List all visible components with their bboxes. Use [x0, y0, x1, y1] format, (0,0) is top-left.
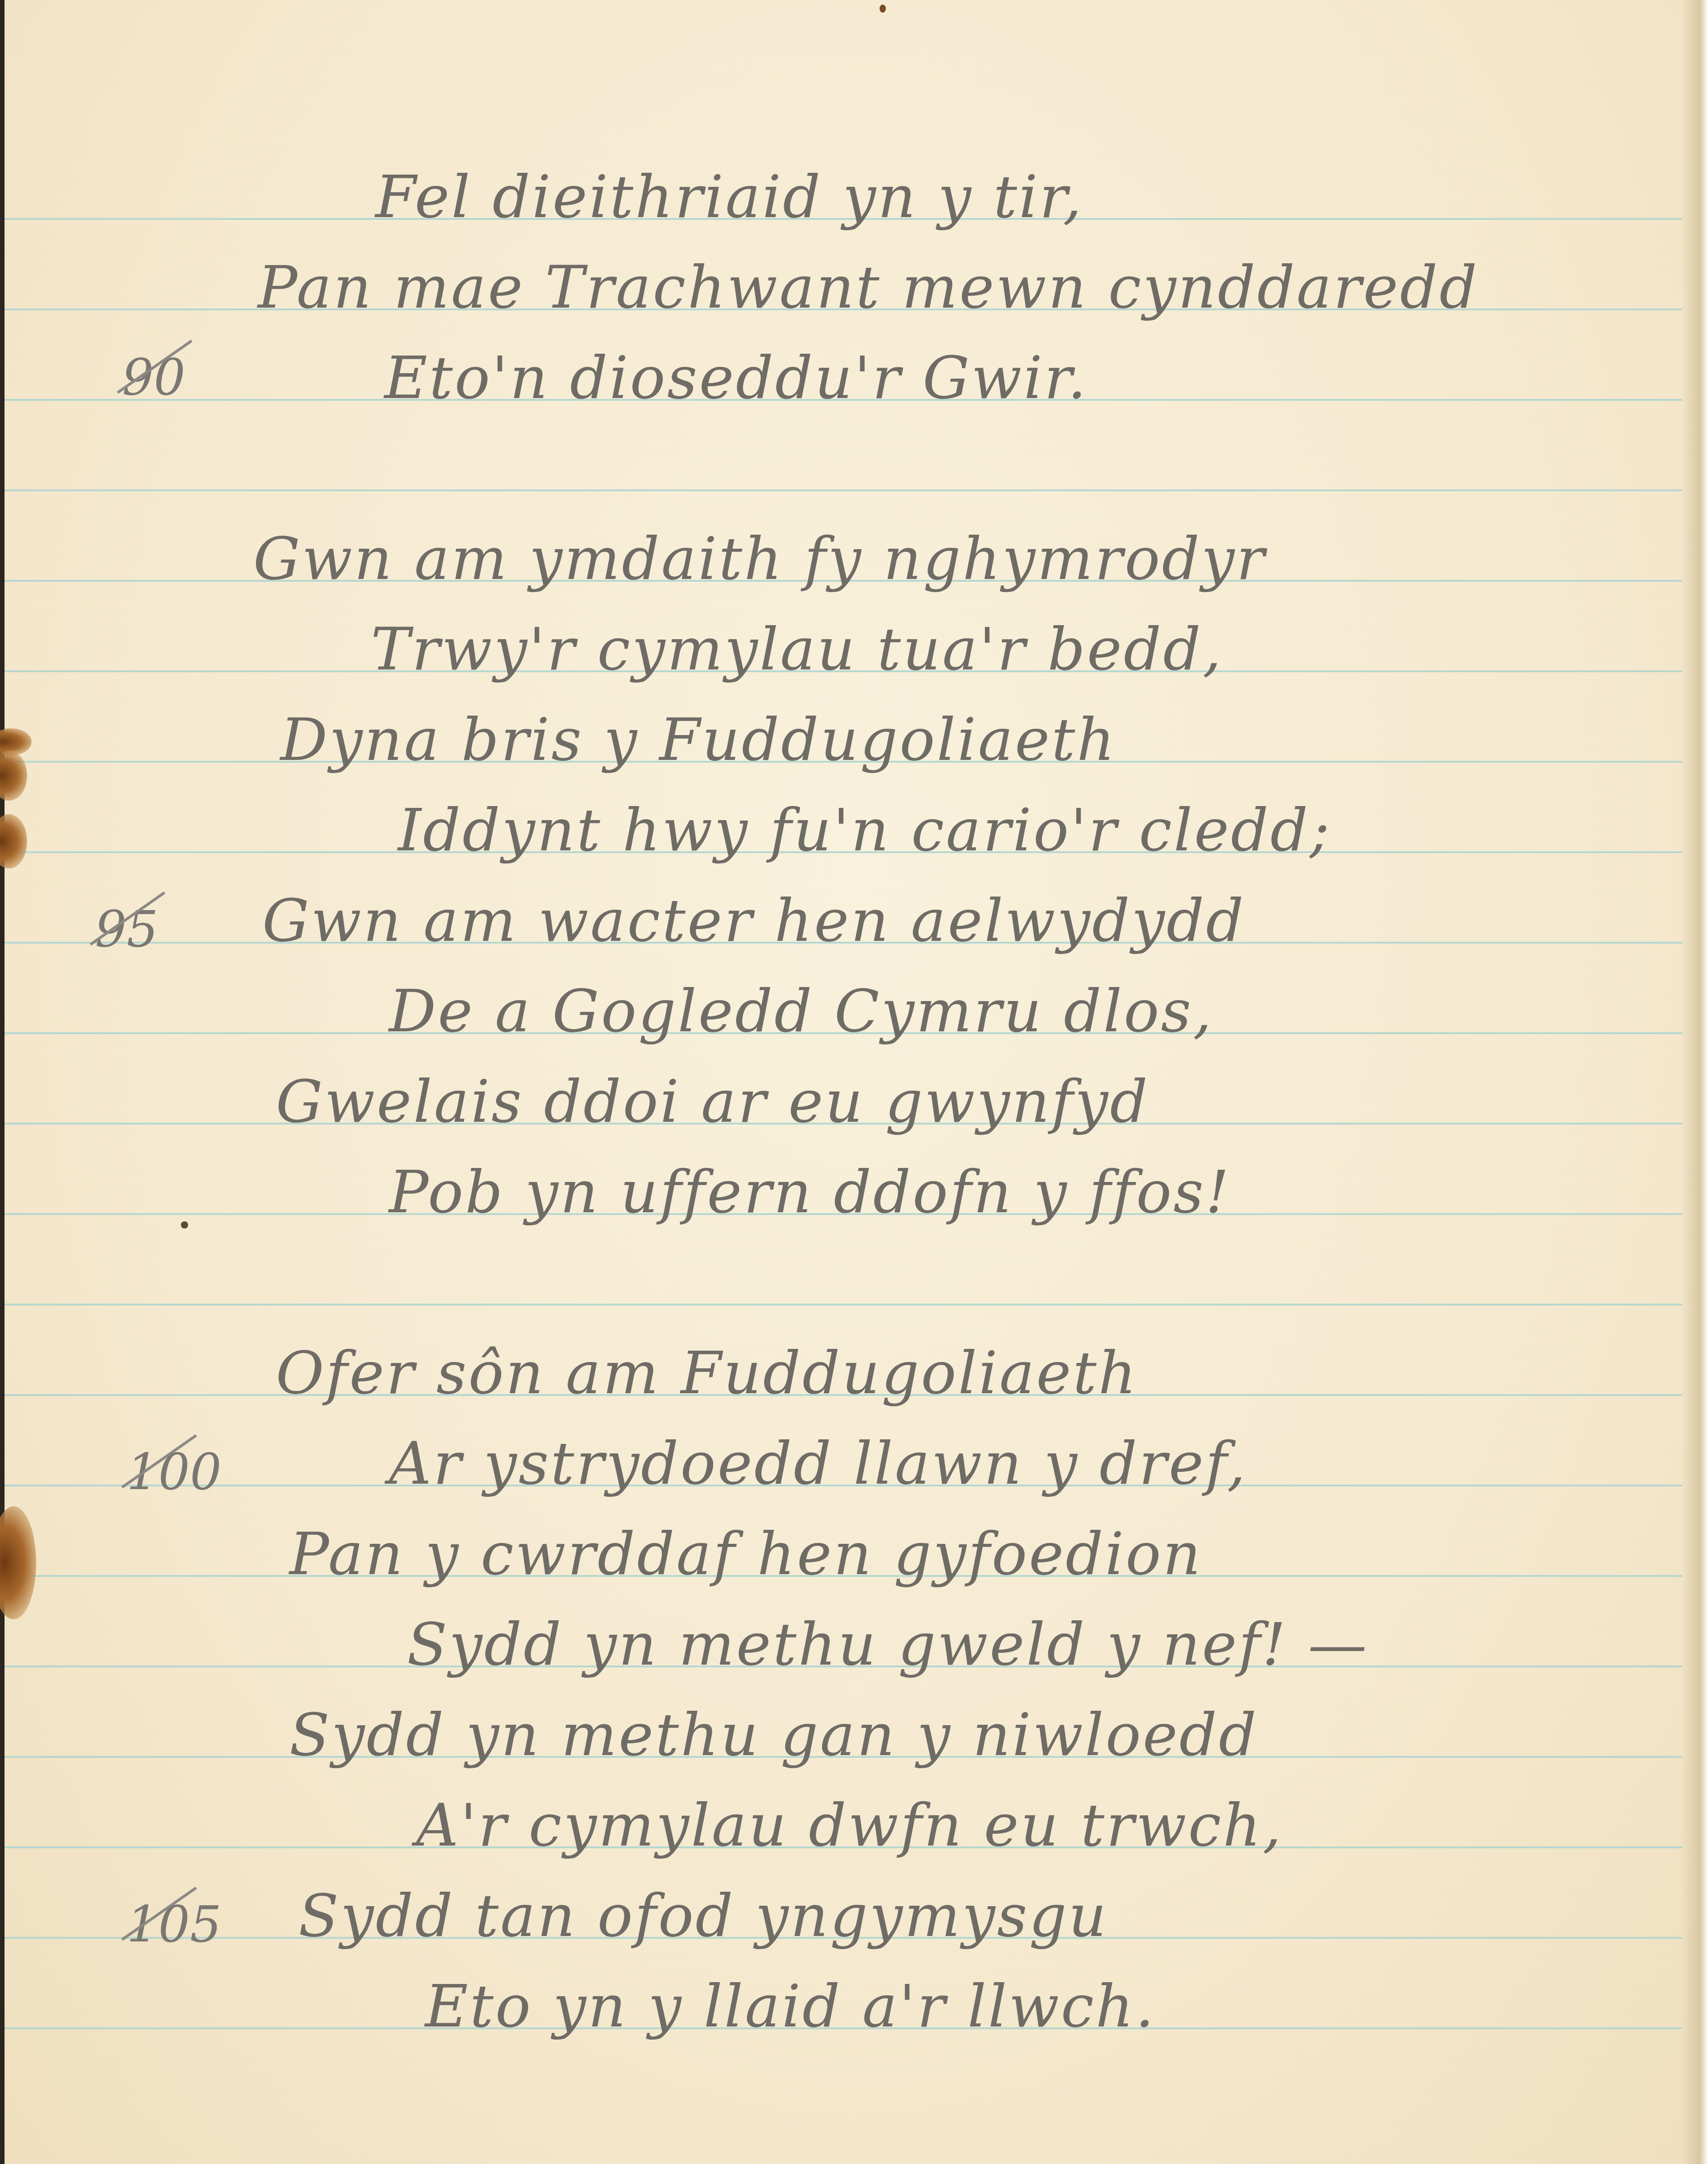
rust-stain — [0, 1506, 36, 1619]
verse-line: Sydd yn methu gan y niwloedd — [289, 1705, 1258, 1764]
paper-right-edge — [1681, 0, 1708, 2164]
verse-line: Pan y cwrddaf hen gyfoedion — [289, 1524, 1202, 1583]
verse-line: Ofer sôn am Fuddugoliaeth — [276, 1343, 1138, 1402]
verse-line: Eto'n dioseddu'r Gwir. — [384, 348, 1088, 407]
verse-line: Gwn am ymdaith fy nghymrodyr — [253, 529, 1266, 588]
verse-line: Trwy'r cymylau tua'r bedd, — [371, 620, 1223, 679]
verse-line: Pob yn uffern ddofn y ffos! — [389, 1163, 1231, 1221]
verse-line: Iddynt hwy fu'n cario'r cledd; — [398, 801, 1331, 859]
manuscript-page: Fel dieithriaid yn y tir, Pan mae Trachw… — [0, 0, 1708, 2164]
verse-line: Sydd tan ofod yngymysgu — [298, 1886, 1108, 1945]
verse-line: Ar ystrydoedd llawn y dref, — [389, 1434, 1247, 1493]
margin-line-number: 100 — [127, 1443, 222, 1501]
ink-spot — [880, 5, 886, 13]
ruled-line — [5, 1304, 1682, 1305]
margin-line-number: 105 — [127, 1895, 222, 1953]
verse-line: Eto yn y llaid a'r llwch. — [425, 1977, 1156, 2036]
margin-line-number: 90 — [122, 348, 185, 406]
ink-spot — [181, 1221, 188, 1229]
verse-line: Sydd yn methu gweld y nef! — — [407, 1615, 1369, 1674]
rust-stain — [0, 814, 27, 868]
ruled-line — [5, 489, 1682, 491]
scan-left-edge — [0, 0, 5, 2164]
verse-line: Dyna bris y Fuddugoliaeth — [280, 710, 1117, 769]
verse-line: Gwelais ddoi ar eu gwynfyd — [276, 1072, 1150, 1131]
rust-stain — [0, 751, 27, 801]
verse-line: Fel dieithriaid yn y tir, — [375, 167, 1083, 226]
verse-line: A'r cymylau dwfn eu trwch, — [416, 1796, 1283, 1855]
verse-line: Gwn am wacter hen aelwydydd — [262, 891, 1245, 950]
margin-line-number: 95 — [95, 900, 158, 958]
verse-line: Pan mae Trachwant mewn cynddaredd — [258, 258, 1479, 317]
verse-line: De a Gogledd Cymru dlos, — [389, 982, 1213, 1040]
